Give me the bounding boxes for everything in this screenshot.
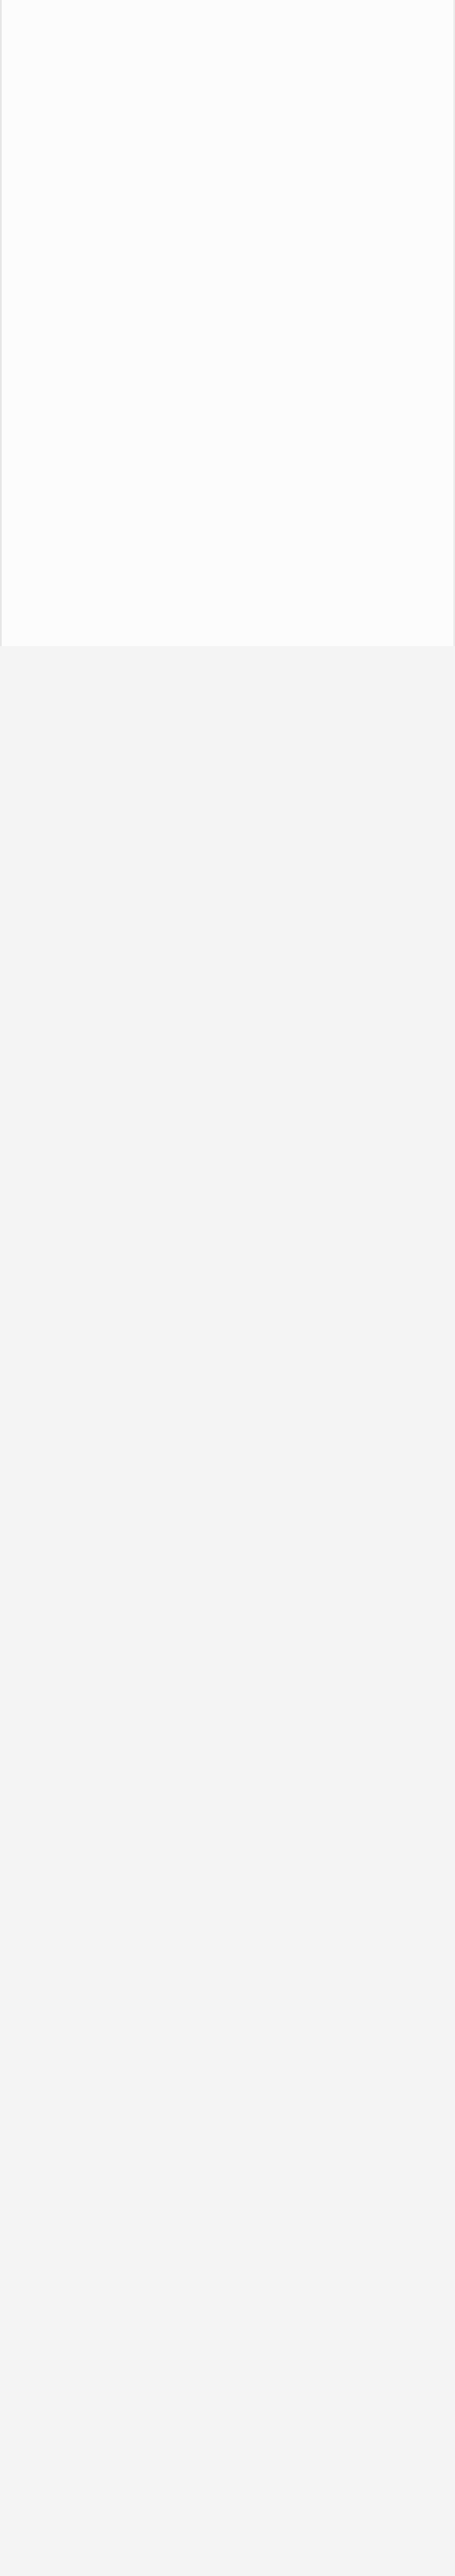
document-page-1 xyxy=(0,0,455,646)
